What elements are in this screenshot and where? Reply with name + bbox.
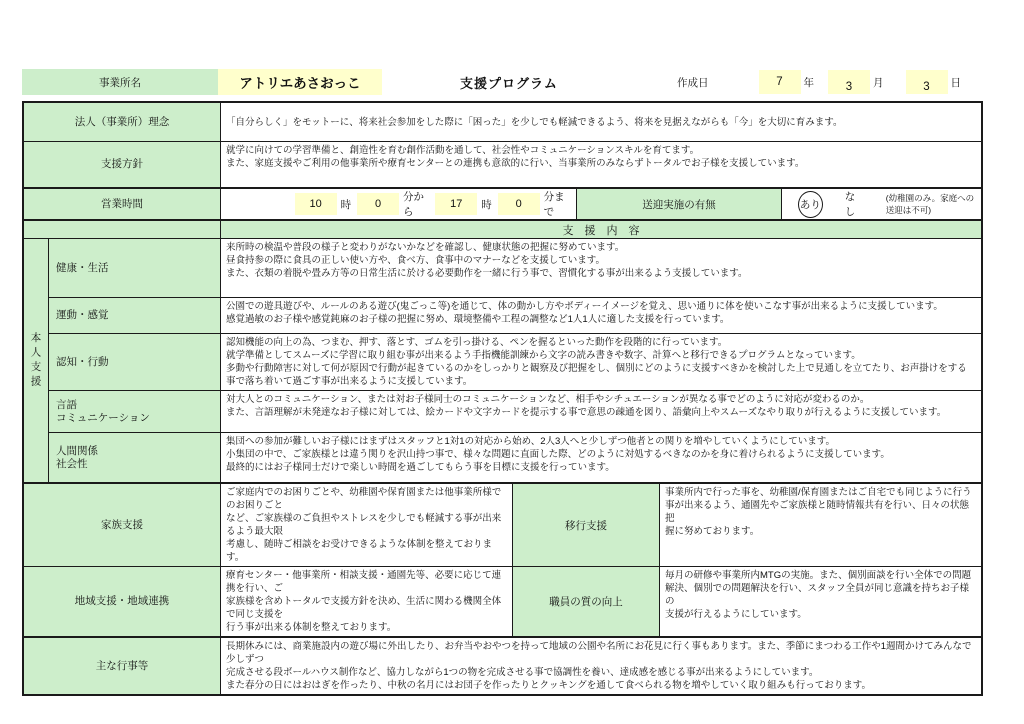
month-value-box: 3 [828, 70, 870, 94]
row-health-life: 健康・生活 来所時の検温や普段の様子と変わりがないかなどを確認し、健康状態の把握… [48, 239, 981, 297]
close-hour-box: 17 [435, 193, 477, 215]
support-header-spacer [24, 221, 220, 238]
personal-support-block: 本人支援 健康・生活 来所時の検温や普段の様子と変わりがないかなどを確認し、健康… [24, 238, 981, 482]
open-hour-box: 10 [295, 193, 337, 215]
pickup-value: あり なし (幼稚園のみ。家庭への送迎は不可) [781, 189, 981, 219]
relations-social-label: 人間関係 社会性 [48, 433, 220, 482]
to-unit: 分まで [544, 189, 570, 219]
open-minute-box: 0 [357, 193, 399, 215]
support-header-title: 支 援 内 容 [220, 221, 981, 238]
staff-quality-label: 職員の質の向上 [512, 567, 659, 636]
month-unit: 月 [873, 75, 884, 90]
pickup-label: 送迎実施の有無 [576, 189, 781, 219]
staff-quality-text: 毎月の研修や事業所内MTGの実施。また、個別面談を行い全体での問題 解決、個別で… [659, 567, 981, 636]
row-relations-social: 人間関係 社会性 集団への参加が難しいお子様にはまずはスタッフと1対1の対応から… [48, 432, 981, 482]
cognition-behavior-text: 認知機能の向上の為、つまむ、押す、落とす、ゴムを引っ掛ける、ペンを握るといった動… [220, 334, 981, 390]
row-family-transition: 家族支援 ご家庭内でのお困りごとや、幼稚園や保育園または他事業所様でのお困りごと… [24, 482, 981, 566]
year-unit: 年 [804, 75, 815, 90]
office-name-label: 事業所名 [22, 69, 218, 95]
pickup-yes-circled: あり [798, 191, 823, 218]
health-life-label: 健康・生活 [48, 239, 220, 297]
hours-time-values: 10 時 0 分から 17 時 0 分まで [220, 189, 576, 219]
title-bar: 事業所名 アトリエあさおっこ 支援プログラム 作成日 7 年 3 月 3 日 [22, 68, 983, 96]
row-support-header: 支 援 内 容 [24, 219, 981, 238]
community-support-label: 地域支援・地域連携 [24, 567, 220, 636]
philosophy-label: 法人（事業所）理念 [24, 103, 220, 141]
row-main-events: 主な行事等 長期休みには、商業施設内の遊び場に外出したり、お弁当やおやつを持って… [24, 636, 981, 694]
cognition-behavior-label: 認知・行動 [48, 334, 220, 390]
main-events-text: 長期休みには、商業施設内の遊び場に外出したり、お弁当やおやつを持って地域の公園や… [220, 638, 981, 694]
relations-social-text: 集団への参加が難しいお子様にはまずはスタッフと1対1の対応から始め、2人3人へと… [220, 433, 981, 482]
hours-label: 営業時間 [24, 189, 220, 219]
transition-support-label: 移行支援 [512, 484, 659, 566]
support-program-sheet: 事業所名 アトリエあさおっこ 支援プログラム 作成日 7 年 3 月 3 日 法… [22, 68, 983, 696]
language-communication-label: 言語 コミュニケーション [48, 391, 220, 432]
family-support-text: ご家庭内でのお困りごとや、幼稚園や保育園または他事業所様でのお困りごと など、ご… [220, 484, 512, 566]
support-program-table: 法人（事業所）理念 「自分らしく」をモットーに、将来社会参加をした際に「困った」… [22, 101, 983, 696]
motion-sense-label: 運動・感覚 [48, 298, 220, 333]
day-unit: 日 [951, 75, 962, 90]
row-language-communication: 言語 コミュニケーション 対大人とのコミュニケーション、または対お子様同士のコミ… [48, 390, 981, 432]
policy-text: 就学に向けての学習準備と、創造性を育む創作活動を通して、社会性やコミュニケーショ… [220, 142, 981, 187]
health-life-text: 来所時の検温や普段の様子と変わりがないかなどを確認し、健康状態の把握に努めていま… [220, 239, 981, 297]
open-hour-unit: 時 [341, 197, 352, 212]
pickup-note: (幼稚園のみ。家庭への送迎は不可) [886, 192, 981, 216]
document-title: 支援プログラム [460, 73, 558, 92]
office-name-value: アトリエあさおっこ [218, 69, 382, 95]
row-policy: 支援方針 就学に向けての学習準備と、創造性を育む創作活動を通して、社会性やコミュ… [24, 141, 981, 187]
personal-support-vertical-label: 本人支援 [24, 239, 48, 482]
family-support-label: 家族支援 [24, 484, 220, 566]
main-events-label: 主な行事等 [24, 638, 220, 694]
philosophy-text: 「自分らしく」をモットーに、将来社会参加をした際に「困った」を少しでも軽減できる… [220, 103, 981, 141]
day-value-box: 3 [906, 70, 948, 94]
motion-sense-text: 公園での遊具遊びや、ルールのある遊び(鬼ごっこ等)を通じて、体の動かし方やボディ… [220, 298, 981, 333]
creation-date-label: 作成日 [677, 75, 709, 90]
from-unit: 分から [403, 189, 429, 219]
transition-support-text: 事業所内で行った事を、幼稚園/保育園またはご自宅でも同じように行う 事が出来るよ… [659, 484, 981, 566]
creation-date: 作成日 7 年 3 月 3 日 [677, 70, 983, 94]
close-minute-box: 0 [498, 193, 540, 215]
community-support-text: 療育センター・他事業所・相談支援・通園先等、必要に応じて連携を行い、ご 家族様を… [220, 567, 512, 636]
language-communication-text: 対大人とのコミュニケーション、または対お子様同士のコミュニケーションなど、相手や… [220, 391, 981, 432]
row-cognition-behavior: 認知・行動 認知機能の向上の為、つまむ、押す、落とす、ゴムを引っ掛ける、ペンを握… [48, 333, 981, 390]
row-philosophy: 法人（事業所）理念 「自分らしく」をモットーに、将来社会参加をした際に「困った」… [24, 103, 981, 141]
close-hour-unit: 時 [481, 197, 492, 212]
row-hours: 営業時間 10 時 0 分から 17 時 0 分まで 送迎実施の有無 あり なし… [24, 187, 981, 219]
row-motion-sense: 運動・感覚 公園での遊具遊びや、ルールのある遊び(鬼ごっこ等)を通じて、体の動か… [48, 297, 981, 333]
pickup-no-option: なし [845, 189, 860, 219]
row-community-staff: 地域支援・地域連携 療育センター・他事業所・相談支援・通園先等、必要に応じて連携… [24, 566, 981, 636]
policy-label: 支援方針 [24, 142, 220, 187]
year-value-box: 7 [759, 70, 801, 94]
